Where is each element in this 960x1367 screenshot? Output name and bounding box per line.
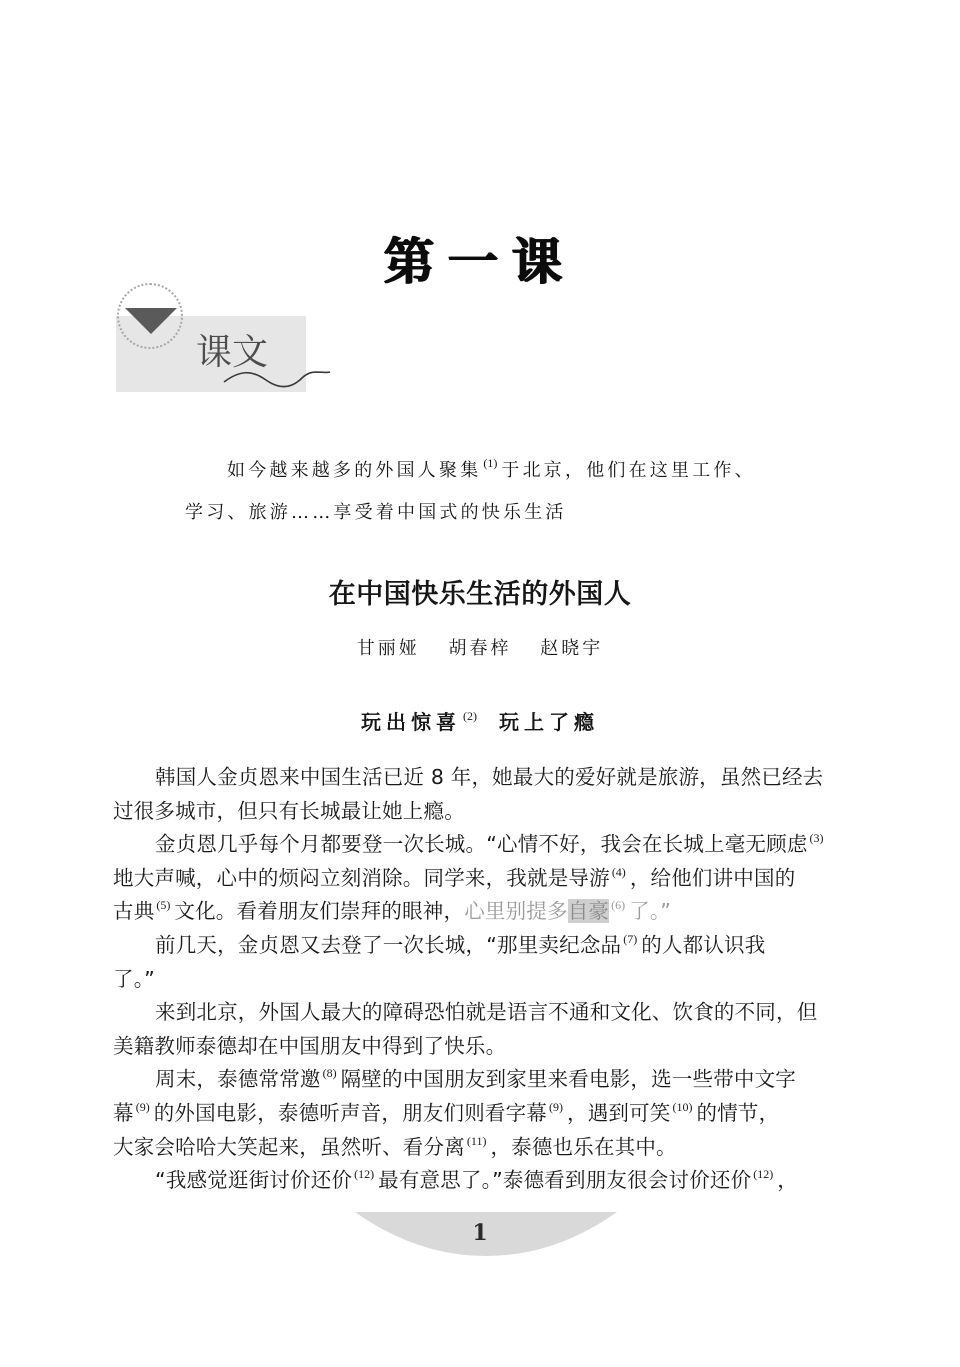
body-text-segment: 了。” xyxy=(113,967,155,991)
footnote-ref: (4) xyxy=(612,865,626,879)
body-text-segment: 金贞恩几乎每个月都要登一次长城。“心情不好，我会在长城上毫无顾虑 xyxy=(155,832,808,856)
highlighted-text: 自豪 xyxy=(568,899,609,923)
section-heading-part: 玩上了瘾 xyxy=(499,706,599,735)
body-line: 前几天，金贞恩又去登了一次长城，“那里卖纪念品(7)的人都认识我 xyxy=(155,928,765,958)
footnote-ref: (11) xyxy=(467,1134,487,1148)
wave-decoration-icon xyxy=(222,368,332,388)
body-text-segment: 隔壁的中国朋友到家里来看电影，选一些带中文字 xyxy=(341,1067,796,1091)
body-text-segment: 韩国人金贞恩来中国生活已近 8 年，她最大的爱好就是旅游，虽然已经去 xyxy=(155,765,823,789)
intro-line-2: 学习、旅游……享受着中国式的快乐生活 xyxy=(185,498,567,524)
intro-text: 如今越来越多的外国人聚集 xyxy=(227,460,481,481)
body-text-segment: 文化。看着朋友们崇拜的眼神， xyxy=(174,899,464,923)
footnote-ref: (8) xyxy=(323,1066,337,1080)
body-line: 了。” xyxy=(113,962,155,992)
body-text-segment: ， xyxy=(777,1168,798,1192)
body-text-segment: 前几天，金贞恩又去登了一次长城，“那里卖纪念品 xyxy=(155,933,621,957)
footnote-ref: (6) xyxy=(611,898,625,912)
author-name: 赵晓宇 xyxy=(540,638,603,659)
body-text-segment: 的人都认识我 xyxy=(641,933,765,957)
body-line: 大家会哈哈大笑起来，虽然听、看分离(11)，泰德也乐在其中。 xyxy=(113,1130,677,1160)
body-text-segment: 大家会哈哈大笑起来，虽然听、看分离 xyxy=(113,1135,465,1159)
page-number: 1 xyxy=(0,1220,960,1246)
body-text-segment: 的外国电影，泰德听声音，朋友们则看字幕 xyxy=(154,1101,547,1125)
body-text-segment: ，遇到可笑 xyxy=(567,1101,671,1125)
body-text-segment: 地大声喊，心中的烦闷立刻消除。同学来，我就是导游 xyxy=(113,866,610,890)
body-line: 幕(9)的外国电影，泰德听声音，朋友们则看字幕(9)，遇到可笑(10)的情节， xyxy=(113,1096,779,1126)
footnote-ref: (5) xyxy=(156,898,170,912)
body-text-segment: 了。” xyxy=(629,899,671,923)
intro-line-1: 如今越来越多的外国人聚集(1)于北京，他们在这里工作、 xyxy=(227,456,756,482)
author-name: 甘丽娅 xyxy=(357,638,420,659)
body-text-segment: ，泰德也乐在其中。 xyxy=(490,1135,676,1159)
authors: 甘丽娅 胡春梓 赵晓宇 xyxy=(0,634,960,660)
footnote-ref: (10) xyxy=(673,1100,693,1114)
author-name: 胡春梓 xyxy=(449,638,512,659)
triangle-down-icon xyxy=(125,308,177,334)
footnote-ref: (12) xyxy=(753,1167,773,1181)
body-text-segment: 最有意思了。”泰德看到朋友很会讨价还价 xyxy=(378,1168,751,1192)
body-line: 地大声喊，心中的烦闷立刻消除。同学来，我就是导游(4)，给他们讲中国的 xyxy=(113,861,795,891)
body-text-segment: 美籍教师泰德却在中国朋友中得到了快乐。 xyxy=(113,1034,506,1058)
footnote-ref: (7) xyxy=(623,932,637,946)
body-line: 过很多城市，但只有长城最让她上瘾。 xyxy=(113,794,465,824)
section-heading: 玩出惊喜(2)玩上了瘾 xyxy=(0,706,960,735)
section-heading-part: 玩出惊喜 xyxy=(361,706,461,735)
intro-text: 于北京，他们在这里工作、 xyxy=(501,460,755,481)
footnote-ref: (9) xyxy=(549,1100,563,1114)
section-banner-label: 课文 xyxy=(196,335,268,371)
body-text-segment: 来到北京，外国人最大的障碍恐怕就是语言不通和文化、饮食的不同，但 xyxy=(155,1000,817,1024)
body-line: 古典(5)文化。看着朋友们崇拜的眼神，心里别提多自豪(6)了。” xyxy=(113,894,671,924)
body-text-segment: 古典 xyxy=(113,899,154,923)
body-line: 周末，泰德常常邀(8)隔壁的中国朋友到家里来看电影，选一些带中文字 xyxy=(155,1062,796,1092)
body-line: 韩国人金贞恩来中国生活已近 8 年，她最大的爱好就是旅游，虽然已经去 xyxy=(155,760,823,790)
body-line: 来到北京，外国人最大的障碍恐怕就是语言不通和文化、饮食的不同，但 xyxy=(155,995,817,1025)
body-line: “我感觉逛街讨价还价(12)最有意思了。”泰德看到朋友很会讨价还价(12)， xyxy=(155,1163,798,1193)
body-text-segment: 过很多城市，但只有长城最让她上瘾。 xyxy=(113,799,465,823)
footnote-ref: (9) xyxy=(136,1100,150,1114)
body-text-segment: 周末，泰德常常邀 xyxy=(155,1067,321,1091)
article-title: 在中国快乐生活的外国人 xyxy=(0,572,960,611)
body-line: 金贞恩几乎每个月都要登一次长城。“心情不好，我会在长城上毫无顾虑(3) xyxy=(155,827,828,857)
body-text-segment: ，给他们讲中国的 xyxy=(630,866,796,890)
body-text-segment: 心里别提多 xyxy=(464,899,568,923)
body-text-segment: 的情节， xyxy=(697,1101,780,1125)
body-line: 美籍教师泰德却在中国朋友中得到了快乐。 xyxy=(113,1029,506,1059)
footnote-ref: (12) xyxy=(354,1167,374,1181)
footnote-ref: (1) xyxy=(483,456,497,470)
body-text-segment: “我感觉逛街讨价还价 xyxy=(155,1168,352,1192)
body-text-segment: 幕 xyxy=(113,1101,134,1125)
footnote-ref: (3) xyxy=(810,831,824,845)
footnote-ref: (2) xyxy=(463,709,477,723)
